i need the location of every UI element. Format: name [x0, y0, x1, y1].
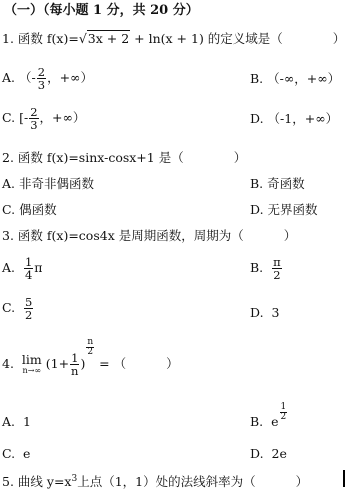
option-4a[interactable]: A. 1: [2, 415, 31, 429]
fraction: π2: [272, 256, 282, 281]
option-1b[interactable]: B. （-∞，+∞）: [250, 72, 340, 86]
option-label: D.: [250, 305, 264, 320]
option-label: B.: [250, 260, 263, 275]
fraction: 14: [24, 256, 33, 281]
stem-suffix: ）: [284, 228, 297, 243]
option-label: A.: [2, 70, 15, 85]
question-5-stem: 5. 曲线 y=x3上点（1，1）处的法线斜率为（）: [2, 472, 308, 489]
option-text: 无界函数: [268, 202, 318, 217]
option-2c[interactable]: C. 偶函数: [2, 203, 57, 217]
stem-pre: 曲线 y=x: [18, 474, 72, 489]
denominator: 2: [86, 348, 94, 357]
option-2d[interactable]: D. 无界函数: [250, 203, 318, 217]
exponent-fraction: n2: [86, 338, 94, 357]
option-label: C.: [2, 110, 15, 125]
question-3-stem: 3. 函数 f(x)=cos4x 是周期函数，周期为（）: [2, 229, 296, 243]
option-text: 奇函数: [267, 176, 305, 191]
option-2a[interactable]: A. 非奇非偶函数: [2, 177, 94, 191]
option-post: ，+∞）: [47, 70, 93, 85]
option-text: （-1，+∞）: [268, 111, 339, 126]
stem-suffix: ）: [296, 474, 309, 489]
fraction: 23: [29, 106, 38, 131]
option-post: ，+∞）: [40, 110, 86, 125]
fraction: 52: [24, 296, 33, 321]
denominator: 2: [272, 269, 282, 281]
text-cursor: [343, 470, 345, 487]
option-3b[interactable]: B. π2: [250, 256, 283, 281]
stem-prefix: 函数 f(x)=: [18, 31, 79, 46]
option-4b[interactable]: B. e12: [250, 415, 288, 429]
stem-text: 函数 f(x)=sinx-cosx+1 是（: [18, 150, 184, 165]
section-title: （一）（每小题 1 分，共 20 分）: [4, 4, 199, 18]
denominator: 4: [24, 269, 33, 281]
denominator: 2: [280, 413, 288, 422]
option-text: 偶函数: [19, 202, 57, 217]
denominator: n: [70, 365, 79, 377]
expr-post: ): [80, 356, 85, 371]
option-3d[interactable]: D. 3: [250, 306, 279, 320]
option-pre: [-: [19, 110, 28, 125]
option-label: C.: [2, 300, 15, 315]
option-label: D.: [250, 111, 264, 126]
option-label: C.: [2, 202, 15, 217]
option-label: A.: [2, 176, 15, 191]
option-text: 非奇非偶函数: [19, 176, 94, 191]
question-number: 4.: [2, 356, 14, 371]
question-number: 2.: [2, 150, 14, 165]
exp-base: e: [271, 414, 278, 429]
option-label: D.: [250, 202, 264, 217]
option-text: 1: [23, 414, 31, 429]
denominator: 2: [24, 309, 33, 321]
stem-suffix: ）: [333, 31, 346, 46]
question-number: 5.: [2, 474, 14, 489]
option-label: B.: [250, 71, 263, 86]
stem-tail: = （: [95, 356, 126, 371]
option-text: （-∞，+∞）: [267, 71, 340, 86]
denominator: 3: [29, 119, 38, 131]
option-3c[interactable]: C. 52: [2, 296, 34, 321]
sqrt-symbol: √: [79, 31, 87, 46]
option-4c[interactable]: C. e: [2, 447, 30, 461]
stem-suffix: ）: [166, 356, 179, 371]
option-text: 3: [272, 305, 280, 320]
option-4d[interactable]: D. 2e: [250, 447, 287, 461]
sqrt-expression: 3x + 2: [87, 30, 130, 46]
fraction: 23: [37, 66, 46, 91]
option-1d[interactable]: D. （-1，+∞）: [250, 112, 338, 126]
option-pre: （-: [19, 70, 36, 85]
option-label: D.: [250, 446, 264, 461]
option-1a[interactable]: A. （-23，+∞）: [2, 66, 93, 91]
question-number: 1.: [2, 31, 14, 46]
denominator: 3: [37, 79, 46, 91]
question-2-stem: 2. 函数 f(x)=sinx-cosx+1 是（）: [2, 151, 246, 165]
option-label: C.: [2, 446, 15, 461]
option-label: B.: [250, 176, 263, 191]
option-label: B.: [250, 414, 263, 429]
question-1-stem: 1. 函数 f(x)=√3x + 2 + ln(x + 1) 的定义域是（）: [2, 32, 345, 46]
option-label: A.: [2, 414, 15, 429]
fraction: 1n: [70, 352, 79, 377]
stem-post: 上点（1，1）处的法线斜率为（: [77, 474, 255, 489]
option-label: A.: [2, 260, 15, 275]
option-text: 2e: [272, 446, 287, 461]
option-2b[interactable]: B. 奇函数: [250, 177, 305, 191]
stem-suffix: ）: [234, 150, 247, 165]
expr-pre: (1+: [46, 356, 69, 371]
stem-text: 函数 f(x)=cos4x 是周期函数，周期为（: [18, 228, 244, 243]
question-4-stem: 4. limn→∞ (1+1n)n2 = （）: [2, 352, 179, 377]
exponent-fraction: 12: [280, 403, 288, 422]
option-text: e: [23, 446, 30, 461]
option-3a[interactable]: A. 14π: [2, 256, 43, 281]
lim-subscript: n→∞: [22, 365, 42, 376]
option-post: π: [34, 260, 42, 275]
stem-mid: + ln(x + 1) 的定义域是（: [130, 31, 283, 46]
limit: limn→∞: [22, 354, 42, 376]
question-number: 3.: [2, 228, 14, 243]
option-1c[interactable]: C. [-23，+∞）: [2, 106, 85, 131]
